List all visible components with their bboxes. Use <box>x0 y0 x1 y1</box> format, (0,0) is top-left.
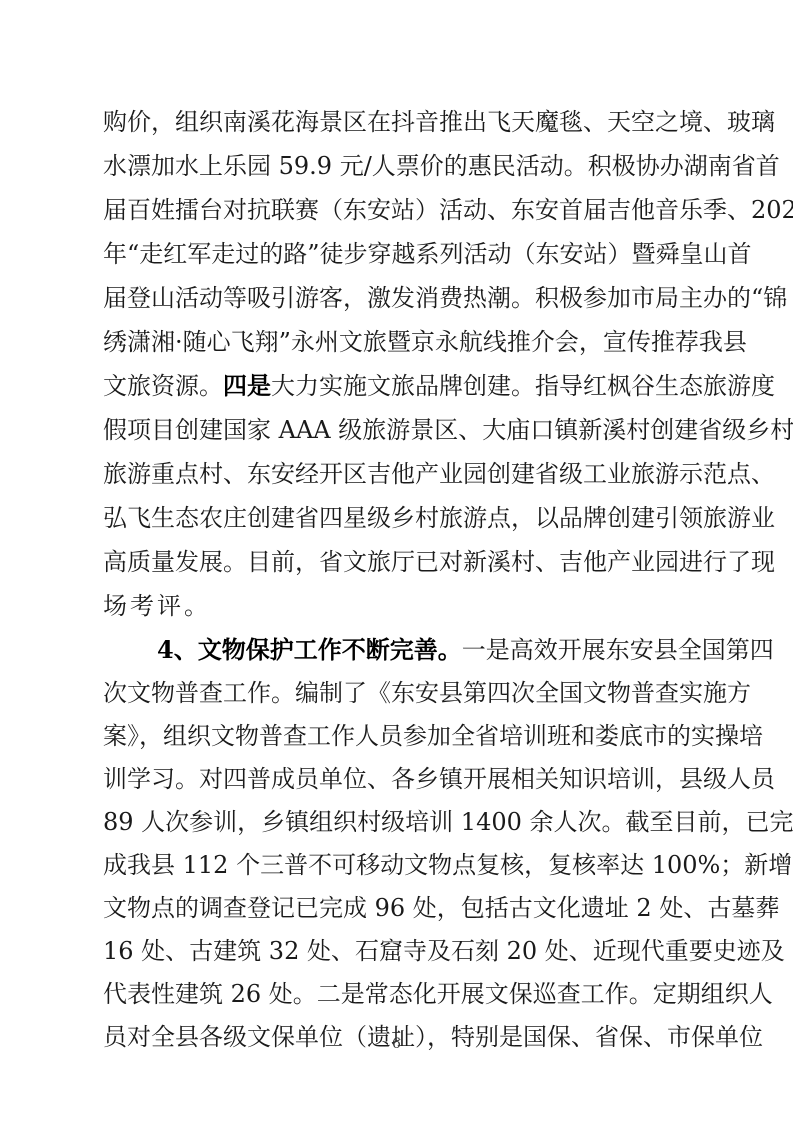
body-line: 案》，组织文物普查工作人员参加全省培训班和娄底市的实操培 <box>103 721 701 751</box>
body-text: 一是高效开展东安县全国第四 <box>462 636 774 664</box>
body-line: 绣潇湘·随心飞翔”永州文旅暨京永航线推介会，宣传推荐我县 <box>103 327 701 357</box>
body-line: 届登山活动等吸引游客，激发消费热潮。积极参加市局主办的“锦 <box>103 283 701 313</box>
body-line: 旅游重点村、东安经开区吉他产业园创建省级工业旅游示范点、 <box>103 459 701 489</box>
body-line: 弘飞生态农庄创建省四星级乡村旅游点，以品牌创建引领旅游业 <box>103 503 701 533</box>
body-line: 训学习。对四普成员单位、各乡镇开展相关知识培训，县级人员 <box>103 764 701 794</box>
body-line: 假项目创建国家 AAA 级旅游景区、大庙口镇新溪村创建省级乡村 <box>103 415 701 445</box>
document-page: 购价，组织南溪花海景区在抖音推出飞天魔毯、天空之境、玻璃 水漂加水上乐园 59.… <box>0 0 793 1122</box>
body-line: 16 处、古建筑 32 处、石窟寺及石刻 20 处、近现代重要史迹及 <box>103 936 701 966</box>
body-line: 水漂加水上乐园 59.9 元/人票价的惠民活动。积极协办湖南省首 <box>103 151 701 181</box>
section-heading-line: 4、文物保护工作不断完善。一是高效开展东安县全国第四 <box>157 635 701 665</box>
body-line-last: 场考评。 <box>103 591 701 621</box>
body-line: 次文物普查工作。编制了《东安县第四次全国文物普查实施方 <box>103 678 701 708</box>
body-line: 购价，组织南溪花海景区在抖音推出飞天魔毯、天空之境、玻璃 <box>103 107 701 137</box>
body-line: 成我县 112 个三普不可移动文物点复核，复核率达 100%；新增 <box>103 850 701 880</box>
body-line: 代表性建筑 26 处。二是常态化开展文保巡查工作。定期组织人 <box>103 979 701 1009</box>
body-line: 文物点的调查登记已完成 96 处，包括古文化遗址 2 处、古墓葬 <box>103 893 701 923</box>
body-text: 大力实施文旅品牌创建。指导红枫谷生态旅游度 <box>271 372 775 400</box>
body-line: 89 人次参训，乡镇组织村级培训 1400 余人次。截至目前，已完 <box>103 807 701 837</box>
section-heading: 4、文物保护工作不断完善。 <box>157 635 462 664</box>
body-line-with-bold: 文旅资源。四是大力实施文旅品牌创建。指导红枫谷生态旅游度 <box>103 371 701 401</box>
body-line: 高质量发展。目前，省文旅厅已对新溪村、吉他产业园进行了现 <box>103 547 701 577</box>
page-number: 6 <box>0 1036 793 1052</box>
body-line: 届百姓擂台对抗联赛（东安站）活动、东安首届吉他音乐季、2024 <box>103 195 701 225</box>
bold-lead-text: 四是 <box>223 371 271 400</box>
body-line: 年“走红军走过的路”徒步穿越系列活动（东安站）暨舜皇山首 <box>103 239 701 269</box>
body-text: 文旅资源。 <box>103 372 223 400</box>
